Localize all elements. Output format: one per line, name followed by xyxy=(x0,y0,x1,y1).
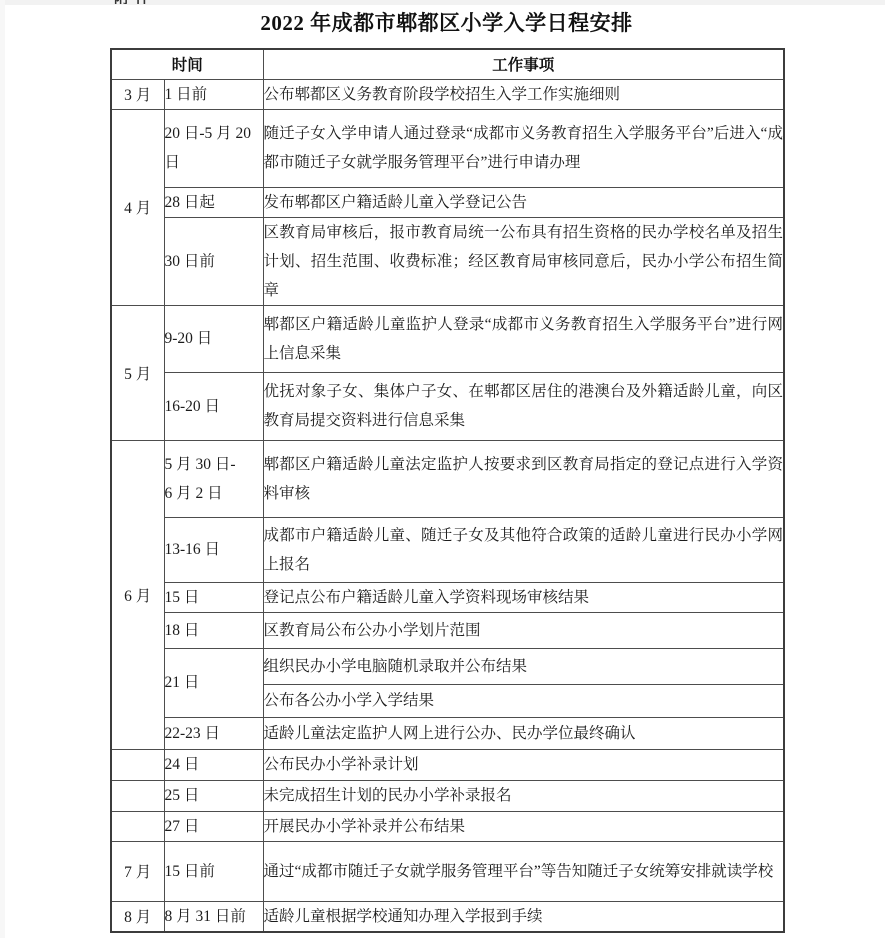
task-cell: 公布各公办小学入学结果 xyxy=(263,684,784,717)
date-cell: 25 日 xyxy=(164,780,263,811)
doc-title: 2022 年成都市郫都区小学入学日程安排 xyxy=(110,7,783,37)
table-row: 24 日 公布民办小学补录计划 xyxy=(111,749,784,780)
month-cell: 8 月 xyxy=(111,901,164,932)
page-edge-strip-left xyxy=(0,0,5,938)
table-row: 3 月 1 日前 公布郫都区义务教育阶段学校招生入学工作实施细则 xyxy=(111,79,784,109)
date-cell: 20 日-5 月 20 日 xyxy=(164,109,263,187)
table-row: 25 日 未完成招生计划的民办小学补录报名 xyxy=(111,780,784,811)
date-cell: 9-20 日 xyxy=(164,305,263,372)
date-cell: 18 日 xyxy=(164,612,263,648)
task-cell: 发布郫都区户籍适龄儿童入学登记公告 xyxy=(263,187,784,217)
date-cell: 28 日起 xyxy=(164,187,263,217)
date-cell: 15 日 xyxy=(164,582,263,612)
task-cell: 公布民办小学补录计划 xyxy=(263,749,784,780)
table-row: 13-16 日 成都市户籍适龄儿童、随迁子女及其他符合政策的适龄儿童进行民办小学… xyxy=(111,517,784,582)
task-cell: 未完成招生计划的民办小学补录报名 xyxy=(263,780,784,811)
task-cell: 适龄儿童根据学校通知办理入学报到手续 xyxy=(263,901,784,932)
task-cell: 区教育局审核后，报市教育局统一公布具有招生资格的民办学校名单及招生计划、招生范围… xyxy=(263,217,784,305)
date-cell: 30 日前 xyxy=(164,217,263,305)
table-row: 18 日 区教育局公布公办小学划片范围 xyxy=(111,612,784,648)
table-row: 21 日 组织民办小学电脑随机录取并公布结果 xyxy=(111,648,784,684)
task-cell: 适龄儿童法定监护人网上进行公办、民办学位最终确认 xyxy=(263,717,784,749)
table-row: 5 月 9-20 日 郫都区户籍适龄儿童监护人登录“成都市义务教育招生入学服务平… xyxy=(111,305,784,372)
task-cell: 成都市户籍适龄儿童、随迁子女及其他符合政策的适龄儿童进行民办小学网上报名 xyxy=(263,517,784,582)
table-row: 27 日 开展民办小学补录并公布结果 xyxy=(111,811,784,841)
task-cell: 随迁子女入学申请人通过登录“成都市义务教育招生入学服务平台”后进入“成都市随迁子… xyxy=(263,109,784,187)
table-row: 15 日 登记点公布户籍适龄儿童入学资料现场审核结果 xyxy=(111,582,784,612)
date-cell: 27 日 xyxy=(164,811,263,841)
task-cell: 公布郫都区义务教育阶段学校招生入学工作实施细则 xyxy=(263,79,784,109)
table-row: 30 日前 区教育局审核后，报市教育局统一公布具有招生资格的民办学校名单及招生计… xyxy=(111,217,784,305)
month-cell-empty xyxy=(111,811,164,841)
table-row: 16-20 日 优抚对象子女、集体户子女、在郫都区居住的港澳台及外籍适龄儿童，向… xyxy=(111,372,784,440)
month-cell: 3 月 xyxy=(111,79,164,109)
date-cell: 24 日 xyxy=(164,749,263,780)
task-cell: 优抚对象子女、集体户子女、在郫都区居住的港澳台及外籍适龄儿童，向区教育局提交资料… xyxy=(263,372,784,440)
header-task: 工作事项 xyxy=(263,49,784,79)
task-cell: 郫都区户籍适龄儿童法定监护人按要求到区教育局指定的登记点进行入学资料审核 xyxy=(263,440,784,517)
month-cell-empty xyxy=(111,749,164,780)
date-cell: 1 日前 xyxy=(164,79,263,109)
date-cell: 8 月 31 日前 xyxy=(164,901,263,932)
task-cell: 组织民办小学电脑随机录取并公布结果 xyxy=(263,648,784,684)
date-cell: 16-20 日 xyxy=(164,372,263,440)
table-row: 8 月 8 月 31 日前 适龄儿童根据学校通知办理入学报到手续 xyxy=(111,901,784,932)
header-time: 时间 xyxy=(111,49,263,79)
table-row: 22-23 日 适龄儿童法定监护人网上进行公办、民办学位最终确认 xyxy=(111,717,784,749)
task-cell: 通过“成都市随迁子女就学服务管理平台”等告知随迁子女统筹安排就读学校 xyxy=(263,841,784,901)
task-cell: 登记点公布户籍适龄儿童入学资料现场审核结果 xyxy=(263,582,784,612)
table-row: 4 月 20 日-5 月 20 日 随迁子女入学申请人通过登录“成都市义务教育招… xyxy=(111,109,784,187)
date-cell: 15 日前 xyxy=(164,841,263,901)
clipped-attachment-label: 附件 xyxy=(114,0,174,4)
header-row: 时间 工作事项 xyxy=(111,49,784,79)
date-cell: 22-23 日 xyxy=(164,717,263,749)
schedule-table: 时间 工作事项 3 月 1 日前 公布郫都区义务教育阶段学校招生入学工作实施细则… xyxy=(110,48,785,933)
month-cell: 7 月 xyxy=(111,841,164,901)
task-cell: 区教育局公布公办小学划片范围 xyxy=(263,612,784,648)
month-cell-empty xyxy=(111,780,164,811)
date-cell: 21 日 xyxy=(164,648,263,717)
table-row: 6 月 5 月 30 日- 6 月 2 日 郫都区户籍适龄儿童法定监护人按要求到… xyxy=(111,440,784,517)
task-cell: 郫都区户籍适龄儿童监护人登录“成都市义务教育招生入学服务平台”进行网上信息采集 xyxy=(263,305,784,372)
task-cell: 开展民办小学补录并公布结果 xyxy=(263,811,784,841)
date-cell: 5 月 30 日- 6 月 2 日 xyxy=(164,440,263,517)
month-cell: 4 月 xyxy=(111,109,164,305)
table-row: 7 月 15 日前 通过“成都市随迁子女就学服务管理平台”等告知随迁子女统筹安排… xyxy=(111,841,784,901)
month-cell: 5 月 xyxy=(111,305,164,440)
table-row: 28 日起 发布郫都区户籍适龄儿童入学登记公告 xyxy=(111,187,784,217)
date-cell: 13-16 日 xyxy=(164,517,263,582)
month-cell: 6 月 xyxy=(111,440,164,749)
